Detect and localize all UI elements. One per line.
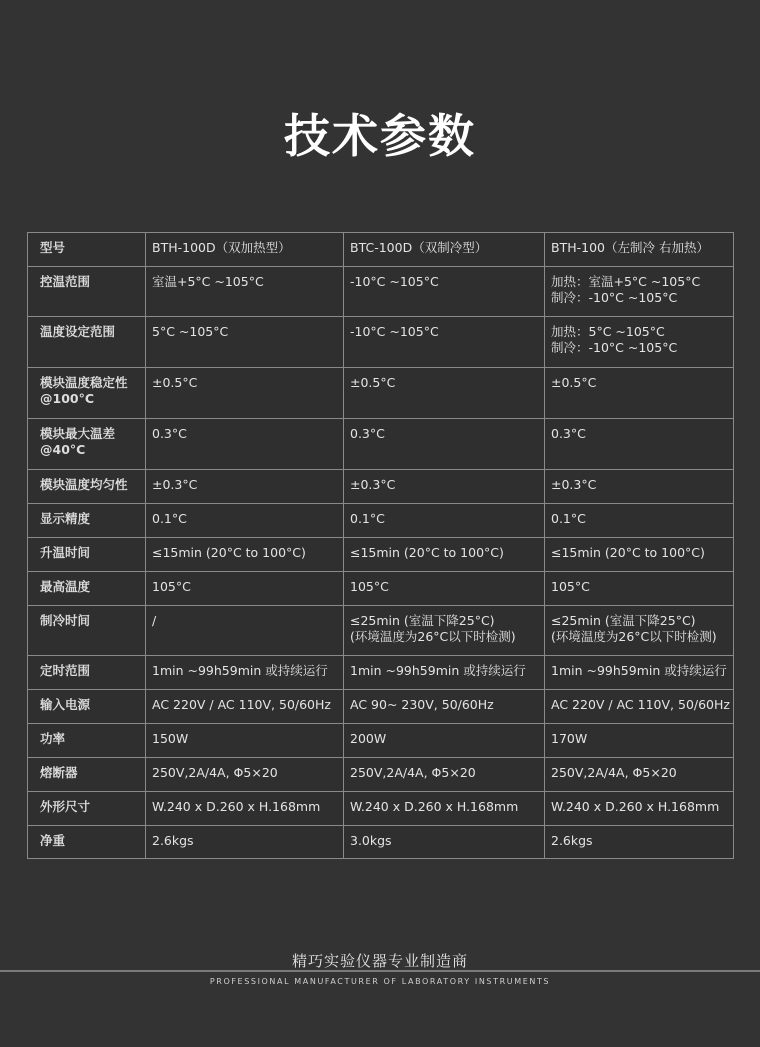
row-label: 显示精度 [28, 504, 146, 538]
table-row: 外形尺寸 W.240 x D.260 x H.168mm W.240 x D.2… [28, 792, 734, 826]
page-title: 技术参数 [0, 100, 760, 166]
model-name: BTC-100D（双制冷型） [344, 233, 545, 267]
cell-value: ≤15min (20°C to 100°C) [146, 538, 344, 572]
cell-value: W.240 x D.260 x H.168mm [146, 792, 344, 826]
row-label: 最高温度 [28, 572, 146, 606]
cell-value: 105°C [146, 572, 344, 606]
table-row: 温度设定范围 5°C ~105°C -10°C ~105°C 加热：5°C ~1… [28, 317, 734, 368]
table-row: 熔断器 250V,2A/4A, Φ5×20 250V,2A/4A, Φ5×20 … [28, 758, 734, 792]
footer-tagline-en: PROFESSIONAL MANUFACTURER OF LABORATORY … [0, 977, 760, 986]
table-row: 模块温度稳定性@100°C ±0.5°C ±0.5°C ±0.5°C [28, 368, 734, 419]
row-label: 模块温度均匀性 [28, 470, 146, 504]
cell-value: 室温+5°C ~105°C [146, 267, 344, 317]
table-row: 制冷时间 / ≤25min (室温下降25°C) (环境温度为26°C以下时检测… [28, 606, 734, 656]
model-name: BTH-100D（双加热型） [146, 233, 344, 267]
row-label: 升温时间 [28, 538, 146, 572]
row-label: 输入电源 [28, 690, 146, 724]
cell-value: 0.1°C [545, 504, 734, 538]
cell-value: ±0.5°C [545, 368, 734, 419]
row-label: 模块最大温差@40°C [28, 419, 146, 470]
table-row: 功率 150W 200W 170W [28, 724, 734, 758]
cell-value: ±0.3°C [545, 470, 734, 504]
cell-value: ±0.5°C [146, 368, 344, 419]
cell-value: 1min ~99h59min 或持续运行 [146, 656, 344, 690]
cell-value: ±0.3°C [344, 470, 545, 504]
spec-table: 型号 BTH-100D（双加热型） BTC-100D（双制冷型） BTH-100… [27, 232, 734, 859]
cell-value: ≤15min (20°C to 100°C) [344, 538, 545, 572]
cell-value: AC 90~ 230V, 50/60Hz [344, 690, 545, 724]
row-label: 模块温度稳定性@100°C [28, 368, 146, 419]
table-row: 显示精度 0.1°C 0.1°C 0.1°C [28, 504, 734, 538]
cell-value: 250V,2A/4A, Φ5×20 [545, 758, 734, 792]
cell-value: 105°C [344, 572, 545, 606]
cell-value: 3.0kgs [344, 826, 545, 859]
cell-value: 0.3°C [146, 419, 344, 470]
cell-value: -10°C ~105°C [344, 267, 545, 317]
cell-value: 2.6kgs [545, 826, 734, 859]
cell-value: 250V,2A/4A, Φ5×20 [344, 758, 545, 792]
cell-value: / [146, 606, 344, 656]
cell-value: ≤25min (室温下降25°C) (环境温度为26°C以下时检测) [344, 606, 545, 656]
cell-value: 0.3°C [545, 419, 734, 470]
model-name: BTH-100（左制冷 右加热） [545, 233, 734, 267]
row-label: 制冷时间 [28, 606, 146, 656]
row-label: 控温范围 [28, 267, 146, 317]
cell-value: 150W [146, 724, 344, 758]
cell-value: W.240 x D.260 x H.168mm [545, 792, 734, 826]
cell-value: 170W [545, 724, 734, 758]
cell-value: 0.1°C [344, 504, 545, 538]
table-row: 升温时间 ≤15min (20°C to 100°C) ≤15min (20°C… [28, 538, 734, 572]
row-label: 温度设定范围 [28, 317, 146, 368]
table-row: 模块最大温差@40°C 0.3°C 0.3°C 0.3°C [28, 419, 734, 470]
cell-value: 0.3°C [344, 419, 545, 470]
footer-divider [0, 970, 760, 972]
table-row: 最高温度 105°C 105°C 105°C [28, 572, 734, 606]
row-label: 功率 [28, 724, 146, 758]
row-label: 熔断器 [28, 758, 146, 792]
row-label: 外形尺寸 [28, 792, 146, 826]
cell-value: -10°C ~105°C [344, 317, 545, 368]
cell-value: ±0.5°C [344, 368, 545, 419]
cell-value: 2.6kgs [146, 826, 344, 859]
row-label: 定时范围 [28, 656, 146, 690]
cell-value: 250V,2A/4A, Φ5×20 [146, 758, 344, 792]
cell-value: 加热：室温+5°C ~105°C 制冷：-10°C ~105°C [545, 267, 734, 317]
table-row: 输入电源 AC 220V / AC 110V, 50/60Hz AC 90~ 2… [28, 690, 734, 724]
cell-value: 200W [344, 724, 545, 758]
cell-value: 105°C [545, 572, 734, 606]
cell-value: 1min ~99h59min 或持续运行 [344, 656, 545, 690]
cell-value: AC 220V / AC 110V, 50/60Hz [545, 690, 734, 724]
row-label: 净重 [28, 826, 146, 859]
footer-tagline-cn: 精巧实验仪器专业制造商 [0, 950, 760, 971]
cell-value: ±0.3°C [146, 470, 344, 504]
cell-value: 加热：5°C ~105°C 制冷：-10°C ~105°C [545, 317, 734, 368]
header-label: 型号 [28, 233, 146, 267]
cell-value: W.240 x D.260 x H.168mm [344, 792, 545, 826]
cell-value: ≤15min (20°C to 100°C) [545, 538, 734, 572]
table-row: 定时范围 1min ~99h59min 或持续运行 1min ~99h59min… [28, 656, 734, 690]
cell-value: 0.1°C [146, 504, 344, 538]
cell-value: ≤25min (室温下降25°C) (环境温度为26°C以下时检测) [545, 606, 734, 656]
header-row: 型号 BTH-100D（双加热型） BTC-100D（双制冷型） BTH-100… [28, 233, 734, 267]
cell-value: 1min ~99h59min 或持续运行 [545, 656, 734, 690]
table-row: 模块温度均匀性 ±0.3°C ±0.3°C ±0.3°C [28, 470, 734, 504]
table-row: 控温范围 室温+5°C ~105°C -10°C ~105°C 加热：室温+5°… [28, 267, 734, 317]
cell-value: 5°C ~105°C [146, 317, 344, 368]
table-row: 净重 2.6kgs 3.0kgs 2.6kgs [28, 826, 734, 859]
cell-value: AC 220V / AC 110V, 50/60Hz [146, 690, 344, 724]
